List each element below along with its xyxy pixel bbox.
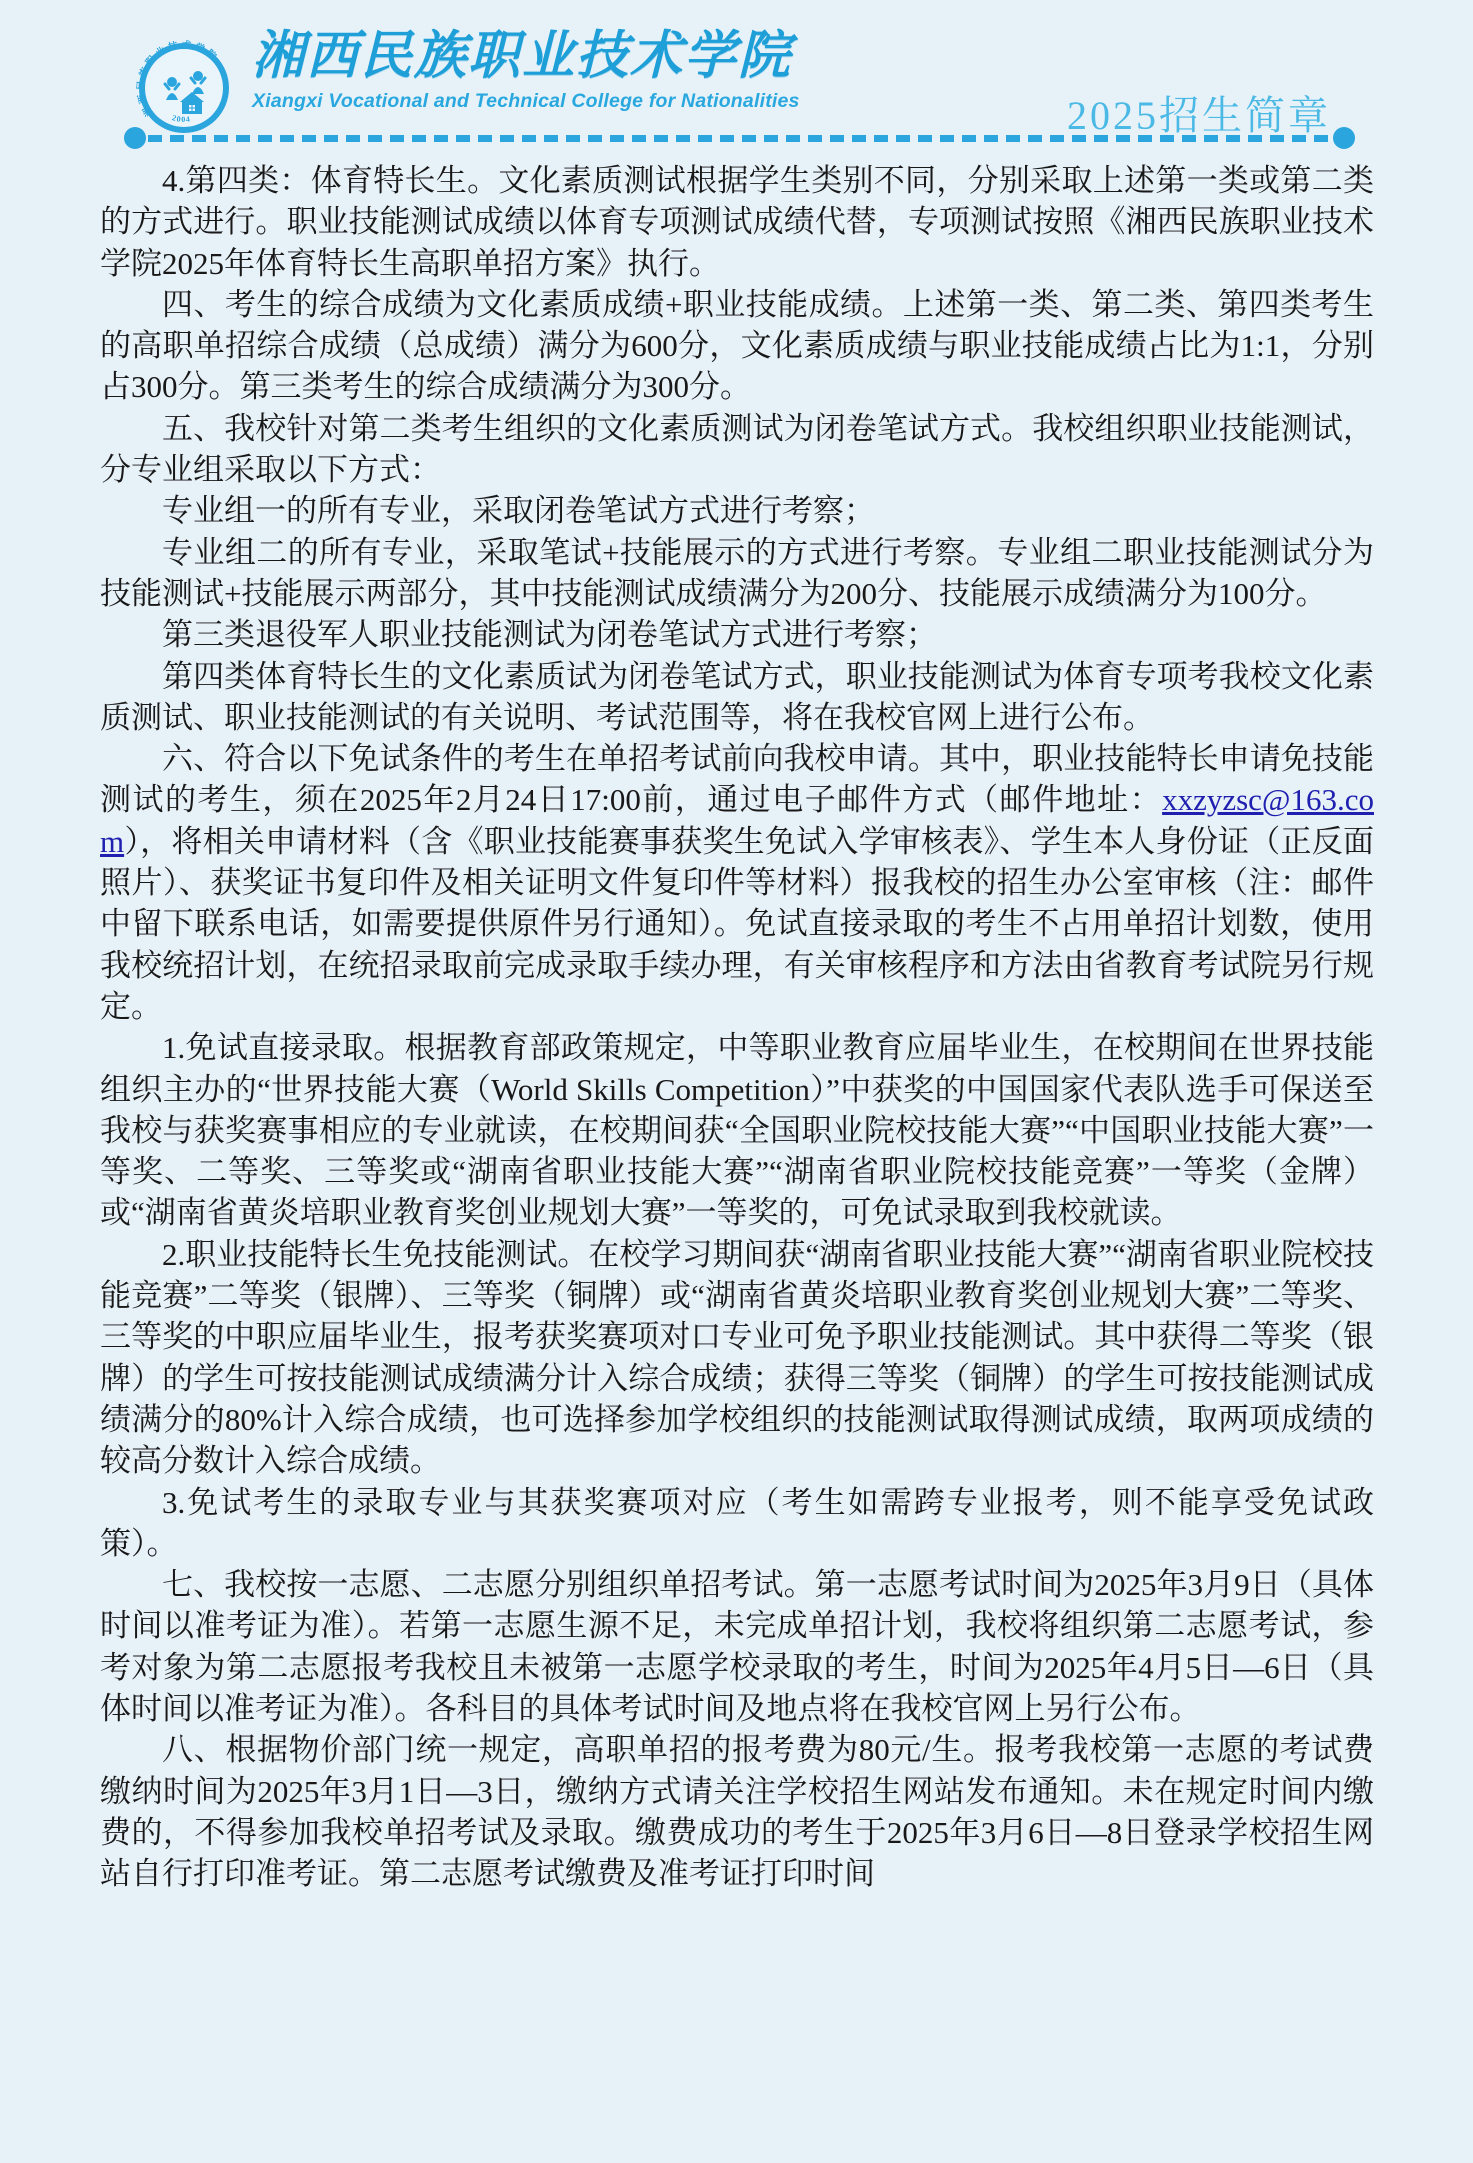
exemption-apply-after: ），将相关申请材料（含《职业技能赛事获奖生免试入学审核表》、学生本人身份证（正反…: [100, 824, 1374, 1024]
paragraph-group-two: 专业组二的所有专业，采取笔试+技能展示的方式进行考察。专业组二职业技能测试分为技…: [100, 532, 1374, 615]
divider-dashed-line: [148, 135, 1331, 142]
paragraph-sports-test: 第四类体育特长生的文化素质试为闭卷笔试方式，职业技能测试为体育专项考我校文化素质…: [100, 656, 1374, 739]
header-divider: [124, 127, 1355, 149]
paragraph-exemption-apply: 六、符合以下免试条件的考生在单招考试前向我校申请。其中，职业技能特长申请免技能测…: [100, 738, 1374, 1027]
college-logo: 湘西民族职业技术学院 2004: [136, 40, 232, 136]
college-logo-icon: 湘西民族职业技术学院 2004: [136, 40, 232, 136]
paragraph-exam-fee: 八、根据物价部门统一规定，高职单招的报考费为80元/生。报考我校第一志愿的考试费…: [100, 1729, 1374, 1894]
paragraph-direct-admission: 1.免试直接录取。根据教育部政策规定，中等职业教育应届毕业生，在校期间在世界技能…: [100, 1027, 1374, 1233]
document-body: 4.第四类：体育特长生。文化素质测试根据学生类别不同，分别采取上述第一类或第二类…: [100, 160, 1374, 1894]
paragraph-group-one: 专业组一的所有专业，采取闭卷笔试方式进行考察；: [100, 490, 1374, 531]
divider-right-dot: [1333, 127, 1355, 149]
paragraph-veterans-test: 第三类退役军人职业技能测试为闭卷笔试方式进行考察；: [100, 614, 1374, 655]
divider-left-dot: [124, 127, 146, 149]
paragraph-exam-schedule: 七、我校按一志愿、二志愿分别组织单招考试。第一志愿考试时间为2025年3月9日（…: [100, 1564, 1374, 1729]
college-title-cn: 湘西民族职业技术学院: [252, 26, 1012, 88]
paragraph-exemption-major: 3.免试考生的录取专业与其获奖赛项对应（考生如需跨专业报考，则不能享受免试政策）…: [100, 1482, 1374, 1565]
college-title-en: Xiangxi Vocational and Technical College…: [252, 90, 1012, 113]
page-header: 湘西民族职业技术学院 2004 湘西民族职业技术学院: [0, 0, 1473, 160]
paragraph-composite-score: 四、考生的综合成绩为文化素质成绩+职业技能成绩。上述第一类、第二类、第四类考生的…: [100, 284, 1374, 408]
college-title-block: 湘西民族职业技术学院 Xiangxi Vocational and Techni…: [252, 26, 1012, 113]
paragraph-skill-exemption: 2.职业技能特长生免技能测试。在校学习期间获“湖南省职业技能大赛”“湖南省职业院…: [100, 1234, 1374, 1482]
paragraph-test-format: 五、我校针对第二类考生组织的文化素质测试为闭卷笔试方式。我校组织职业技能测试，分…: [100, 408, 1374, 491]
document-page: 湘西民族职业技术学院 2004 湘西民族职业技术学院: [0, 0, 1473, 2163]
paragraph-sports-special: 4.第四类：体育特长生。文化素质测试根据学生类别不同，分别采取上述第一类或第二类…: [100, 160, 1374, 284]
